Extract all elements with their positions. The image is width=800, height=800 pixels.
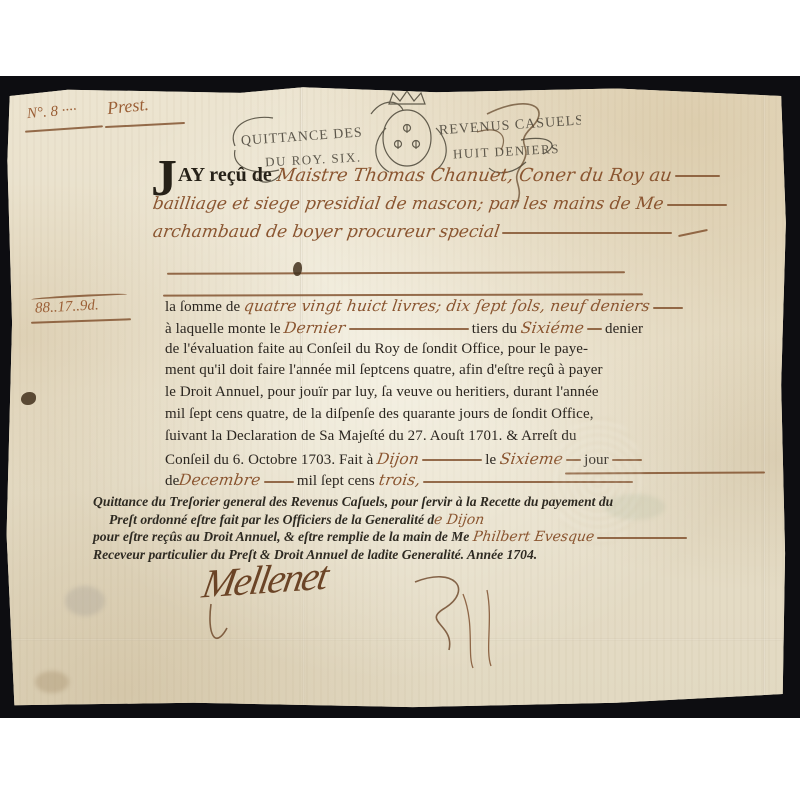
document-paper: N°. 8 ···· Prest. QUITTANCE DES DU ROY. [5, 86, 789, 709]
sum-handwritten: quatre vingt huict livres; dix ſept ſols… [243, 297, 651, 315]
margin-amount-text: 88..17..9d. [35, 297, 100, 316]
monte-handwritten: Dernier [283, 319, 347, 337]
sixieme-handwritten: Sixiéme [520, 319, 586, 337]
milseptcens-printed: mil ſept cens [297, 473, 375, 489]
corner-smudge [35, 671, 69, 693]
handwritten-text-3: archambaud de boyer procureur special [152, 222, 501, 242]
denier-printed: denier [605, 321, 643, 337]
stamp-text-quittance: QUITTANCE DES [241, 125, 364, 148]
margin-prest-text: Prest. [106, 94, 150, 118]
recipient-handwritten: Maistre Thomas Chanuet, Coner du Roy au [275, 165, 673, 186]
tiers-printed: tiers du [472, 321, 517, 337]
mois-handwritten: Decembre [178, 471, 262, 489]
footer-handwritten-receveur: Philbert Evesque [472, 529, 596, 545]
margin-prest-note: Prest. [106, 94, 150, 119]
margin-number-note: N°. 8 ···· [26, 102, 77, 123]
footer-clause: Quittance du Treſorier general des Reven… [93, 494, 683, 564]
dijon-handwritten: Dijon [376, 450, 421, 468]
paper-crease [763, 86, 766, 709]
body-line-3: de l'évaluation faite au Conſeil du Roy … [165, 341, 665, 363]
body-line-5: le Droit Annuel, pour jouïr par luy, ſa … [165, 384, 665, 406]
footer-line-2: Preſt ordonné eſtre fait par les Officie… [93, 512, 683, 530]
body-line-1: la ſomme de quatre vingt huict livres; d… [165, 297, 665, 319]
le-printed: le [485, 452, 496, 468]
edge-ink-blot [21, 392, 36, 405]
stamp-shield [383, 110, 431, 166]
body-line-4: ment qu'il doit faire l'année mil ſeptce… [165, 362, 665, 384]
margin-amount-note: 88..17..9d. [35, 297, 100, 317]
footer-line-1: Quittance du Treſorier general des Reven… [93, 494, 683, 512]
margin-number-text: N°. 8 ···· [26, 102, 77, 122]
signature-flourish [205, 564, 505, 674]
footer-printed-2: Preſt ordonné eſtre fait par les Officie… [109, 512, 434, 527]
monte-printed: à laquelle monte le [165, 321, 281, 337]
margin-amount-underline [31, 318, 131, 323]
handwritten-text-2: bailliage et siege presidial de mascon; … [152, 194, 665, 214]
footer-line-4: Receveur particulier du Preſt & Droit An… [93, 547, 683, 565]
footer-line-3: pour eſtre reçûs au Droit Annuel, & eſtr… [93, 529, 683, 547]
handwritten-line-3: archambaud de boyer procureur special [153, 222, 711, 242]
margin-prest-underline [105, 122, 185, 128]
sum-label: la ſomme de [165, 299, 240, 315]
footer-printed-3: pour eſtre reçûs au Droit Annuel, & eſtr… [93, 529, 469, 544]
photograph-background: N°. 8 ···· Prest. QUITTANCE DES DU ROY. [0, 76, 800, 718]
body-line-2: à laquelle monte le Derniertiers du Sixi… [165, 319, 665, 341]
annee-handwritten: trois, [377, 471, 421, 489]
footer-handwritten-dijon: e Dijon [433, 512, 485, 528]
opening-line: JAY reçû de Maistre Thomas Chanuet, Cone… [151, 164, 723, 194]
opening-printed-text: AY reçû de [178, 164, 272, 186]
grey-smudge [65, 586, 105, 616]
margin-number-underline [25, 125, 103, 132]
fait-a-printed: Conſeil du 6. Octobre 1703. Fait à [165, 452, 373, 468]
handwritten-line-2: bailliage et siege presidial de mascon; … [153, 194, 730, 214]
ruled-ink-line [167, 271, 625, 275]
